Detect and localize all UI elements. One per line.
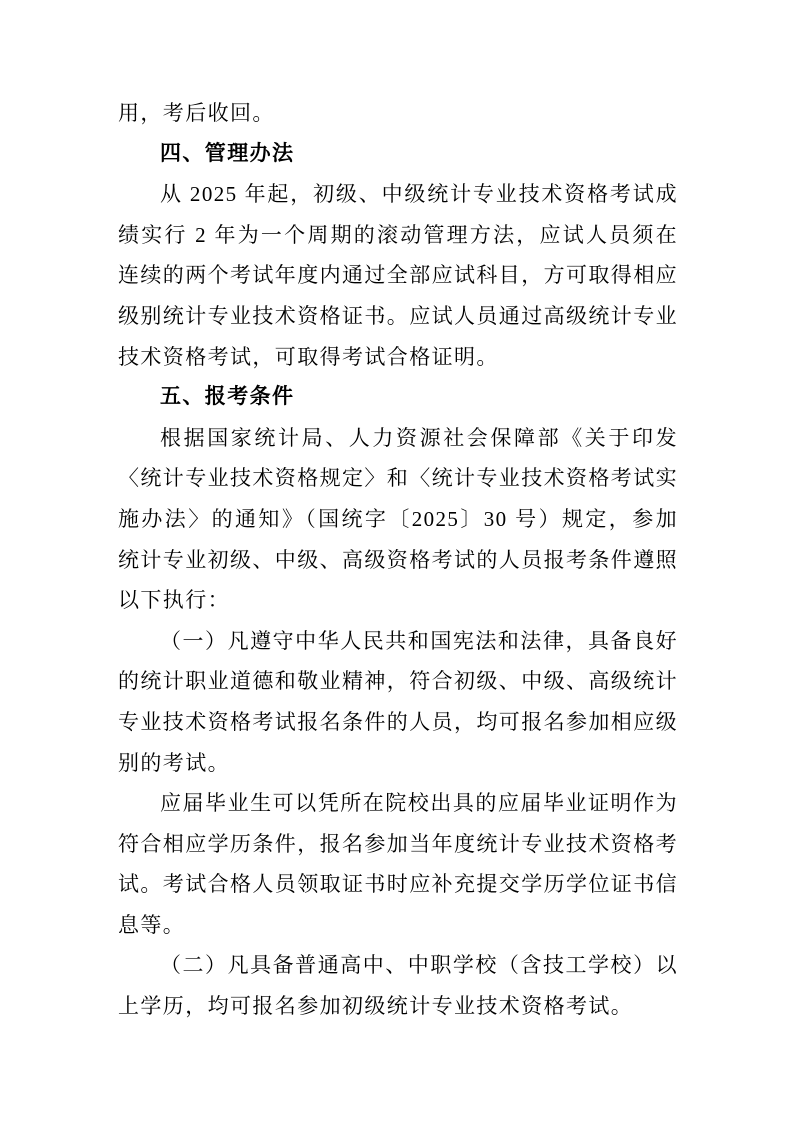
document-content: 用，考后收回。 四、管理办法 从 2025 年起，初级、中级统计专业技术资格考试…: [118, 93, 678, 1027]
paragraph-fresh-graduates: 应届毕业生可以凭所在院校出具的应届毕业证明作为符合相应学历条件，报名参加当年度统…: [118, 783, 678, 945]
section-heading-requirements: 五、报考条件: [118, 377, 678, 418]
document-page: 用，考后收回。 四、管理办法 从 2025 年起，初级、中级统计专业技术资格考试…: [0, 0, 794, 1123]
paragraph-requirements-basis: 根据国家统计局、人力资源社会保障部《关于印发〈统计专业技术资格规定〉和〈统计专业…: [118, 418, 678, 621]
section-heading-management: 四、管理办法: [118, 134, 678, 175]
paragraph-continuation: 用，考后收回。: [118, 93, 678, 134]
paragraph-management-rules: 从 2025 年起，初级、中级统计专业技术资格考试成绩实行 2 年为一个周期的滚…: [118, 174, 678, 377]
paragraph-requirement-two: （二）凡具备普通高中、中职学校（含技工学校）以上学历，均可报名参加初级统计专业技…: [118, 945, 678, 1026]
paragraph-requirement-one: （一）凡遵守中华人民共和国宪法和法律，具备良好的统计职业道德和敬业精神，符合初级…: [118, 621, 678, 783]
